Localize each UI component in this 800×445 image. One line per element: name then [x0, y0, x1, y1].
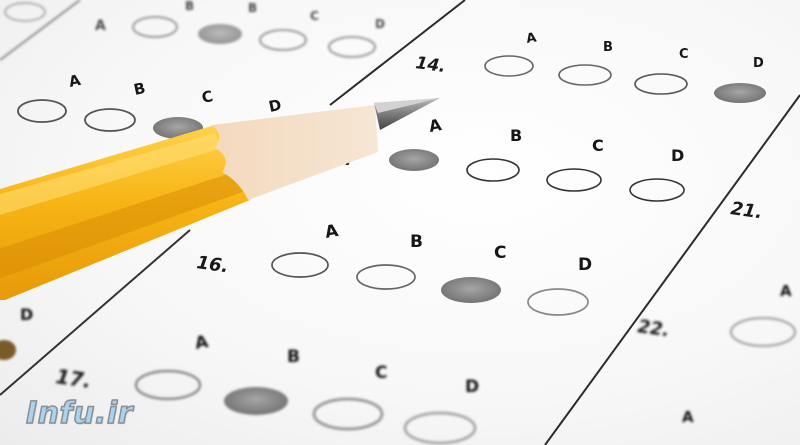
question-row-21: 21.: [729, 198, 764, 223]
svg-text:C: C: [375, 363, 387, 383]
svg-text:C: C: [592, 136, 604, 155]
question-row-22: 22. A A: [636, 282, 795, 426]
svg-text:B: B: [410, 232, 423, 252]
question-row-14: 14. A B C D: [414, 30, 766, 103]
svg-text:A: A: [525, 30, 538, 47]
svg-text:A: A: [193, 332, 210, 354]
svg-text:A: A: [780, 282, 792, 300]
svg-text:C: C: [679, 47, 689, 62]
svg-text:D: D: [20, 305, 33, 324]
svg-text:A: A: [95, 18, 106, 34]
answer-sheet-photo: A B B C D A B C D 14. A B C D: [0, 0, 800, 445]
svg-text:A: A: [323, 221, 340, 243]
svg-text:A: A: [682, 408, 694, 426]
svg-text:21.: 21.: [729, 198, 764, 223]
svg-text:D: D: [671, 146, 684, 165]
svg-text:B: B: [287, 347, 300, 367]
svg-text:17.: 17.: [54, 364, 92, 393]
svg-text:C: C: [494, 243, 506, 263]
svg-text:B: B: [248, 1, 257, 15]
question-row-16: 16. A B C D: [195, 221, 592, 315]
svg-text:D: D: [375, 17, 385, 31]
svg-text:B: B: [510, 126, 522, 145]
svg-text:D: D: [267, 96, 283, 116]
svg-text:A: A: [427, 115, 443, 136]
svg-text:B: B: [185, 0, 194, 13]
svg-text:14.: 14.: [414, 53, 447, 77]
question-row-15: 5. A B C D: [332, 115, 684, 201]
svg-text:C: C: [200, 87, 215, 107]
svg-text:16.: 16.: [195, 252, 230, 277]
svg-text:22.: 22.: [636, 316, 671, 341]
svg-text:D: D: [465, 377, 479, 397]
svg-text:A: A: [67, 71, 82, 91]
svg-text:D: D: [578, 255, 592, 275]
answer-sheet-illustration: A B B C D A B C D 14. A B C D: [0, 0, 800, 445]
watermark-logo: Infu.ir: [26, 396, 133, 431]
svg-text:B: B: [603, 40, 613, 55]
question-row-top-blurred: A B B C D: [5, 0, 385, 57]
svg-text:D: D: [753, 56, 764, 71]
svg-text:B: B: [132, 79, 147, 99]
svg-text:C: C: [310, 9, 319, 23]
